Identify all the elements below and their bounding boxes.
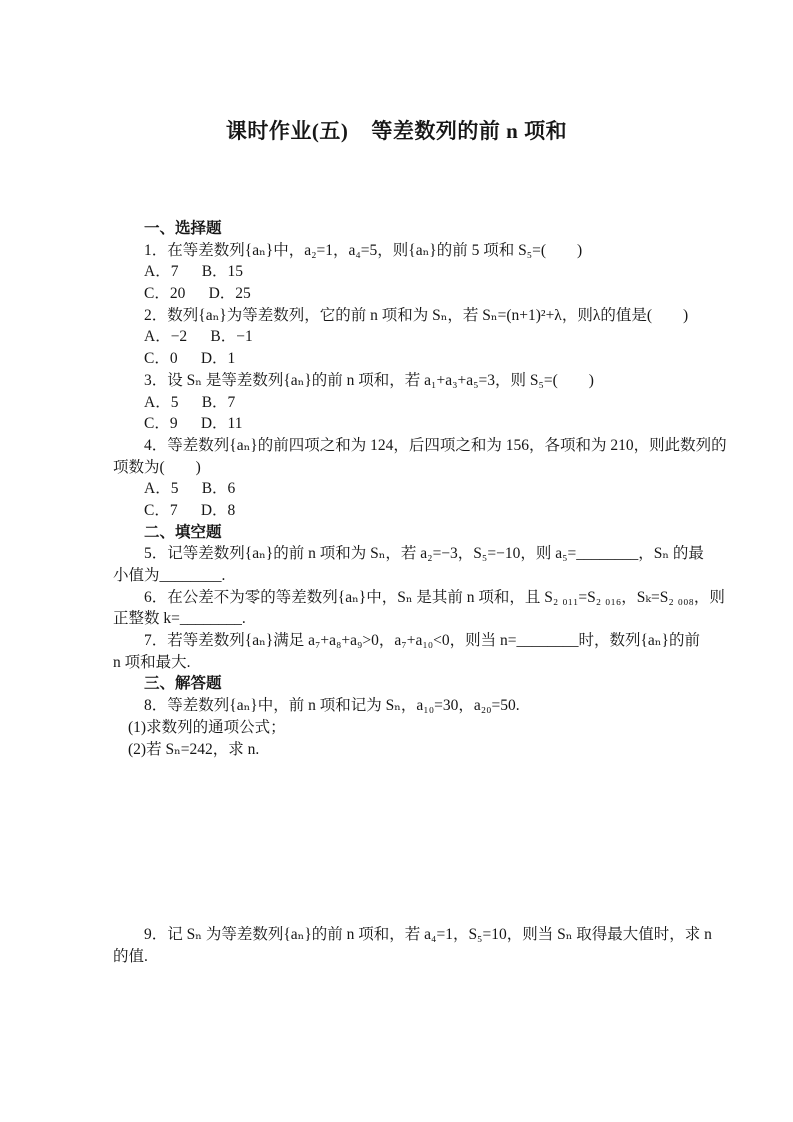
question-8-stem: 8．等差数列{aₙ}中，前 n 项和记为 Sₙ，a₁₀=30，a₂₀=50. (113, 695, 693, 717)
question-9-line1: 9．记 Sₙ 为等差数列{aₙ}的前 n 项和，若 a₄=1，S₅=10，则当 … (113, 924, 693, 946)
worksheet-body: 一、选择题 1．在等差数列{aₙ}中，a₂=1，a₄=5，则{aₙ}的前 5 项… (0, 218, 793, 968)
section-heading-fill-in-blank: 二、填空题 (113, 522, 693, 544)
question-1-options-cd: C．20 D．25 (113, 283, 693, 305)
question-2-stem: 2．数列{aₙ}为等差数列，它的前 n 项和为 Sₙ，若 Sₙ=(n+1)²+λ… (113, 305, 693, 327)
question-4-options-cd: C．7 D．8 (113, 500, 693, 522)
question-8-part1: (1)求数列的通项公式； (113, 717, 693, 739)
question-3-stem: 3．设 Sₙ 是等差数列{aₙ}的前 n 项和，若 a₁+a₃+a₅=3，则 S… (113, 370, 693, 392)
question-2-options-cd: C．0 D．1 (113, 348, 693, 370)
question-2-options-ab: A．−2 B．−1 (113, 326, 693, 348)
section-heading-free-response: 三、解答题 (113, 673, 693, 695)
question-4-stem-line2: 项数为( ) (113, 457, 693, 479)
question-9-line2: 的值. (113, 946, 693, 968)
question-7-line1: 7．若等差数列{aₙ}满足 a₇+a₈+a₉>0，a₇+a₁₀<0，则当 n=_… (113, 630, 693, 652)
worksheet-page: 课时作业(五) 等差数列的前 n 项和 一、选择题 1．在等差数列{aₙ}中，a… (0, 0, 793, 1122)
question-3-options-ab: A．5 B．7 (113, 392, 693, 414)
section-heading-multiple-choice: 一、选择题 (113, 218, 693, 240)
question-6-line2: 正整数 k=________. (113, 608, 693, 630)
question-3-options-cd: C．9 D．11 (113, 413, 693, 435)
question-6-line1: 6．在公差不为零的等差数列{aₙ}中，Sₙ 是其前 n 项和，且 S₂ ₀₁₁=… (113, 587, 693, 609)
question-8-part2: (2)若 Sₙ=242，求 n. (113, 739, 693, 761)
question-5-line2: 小值为________. (113, 565, 693, 587)
question-7-line2: n 项和最大. (113, 652, 693, 674)
question-4-options-ab: A．5 B．6 (113, 478, 693, 500)
answer-workspace (113, 760, 693, 924)
worksheet-title: 课时作业(五) 等差数列的前 n 项和 (0, 0, 793, 146)
question-5-line1: 5．记等差数列{aₙ}的前 n 项和为 Sₙ，若 a₂=−3，S₅=−10，则 … (113, 543, 693, 565)
question-4-stem-line1: 4．等差数列{aₙ}的前四项之和为 124，后四项之和为 156，各项和为 21… (113, 435, 693, 457)
question-1-stem: 1．在等差数列{aₙ}中，a₂=1，a₄=5，则{aₙ}的前 5 项和 S₅=(… (113, 240, 693, 262)
question-1-options-ab: A．7 B．15 (113, 261, 693, 283)
